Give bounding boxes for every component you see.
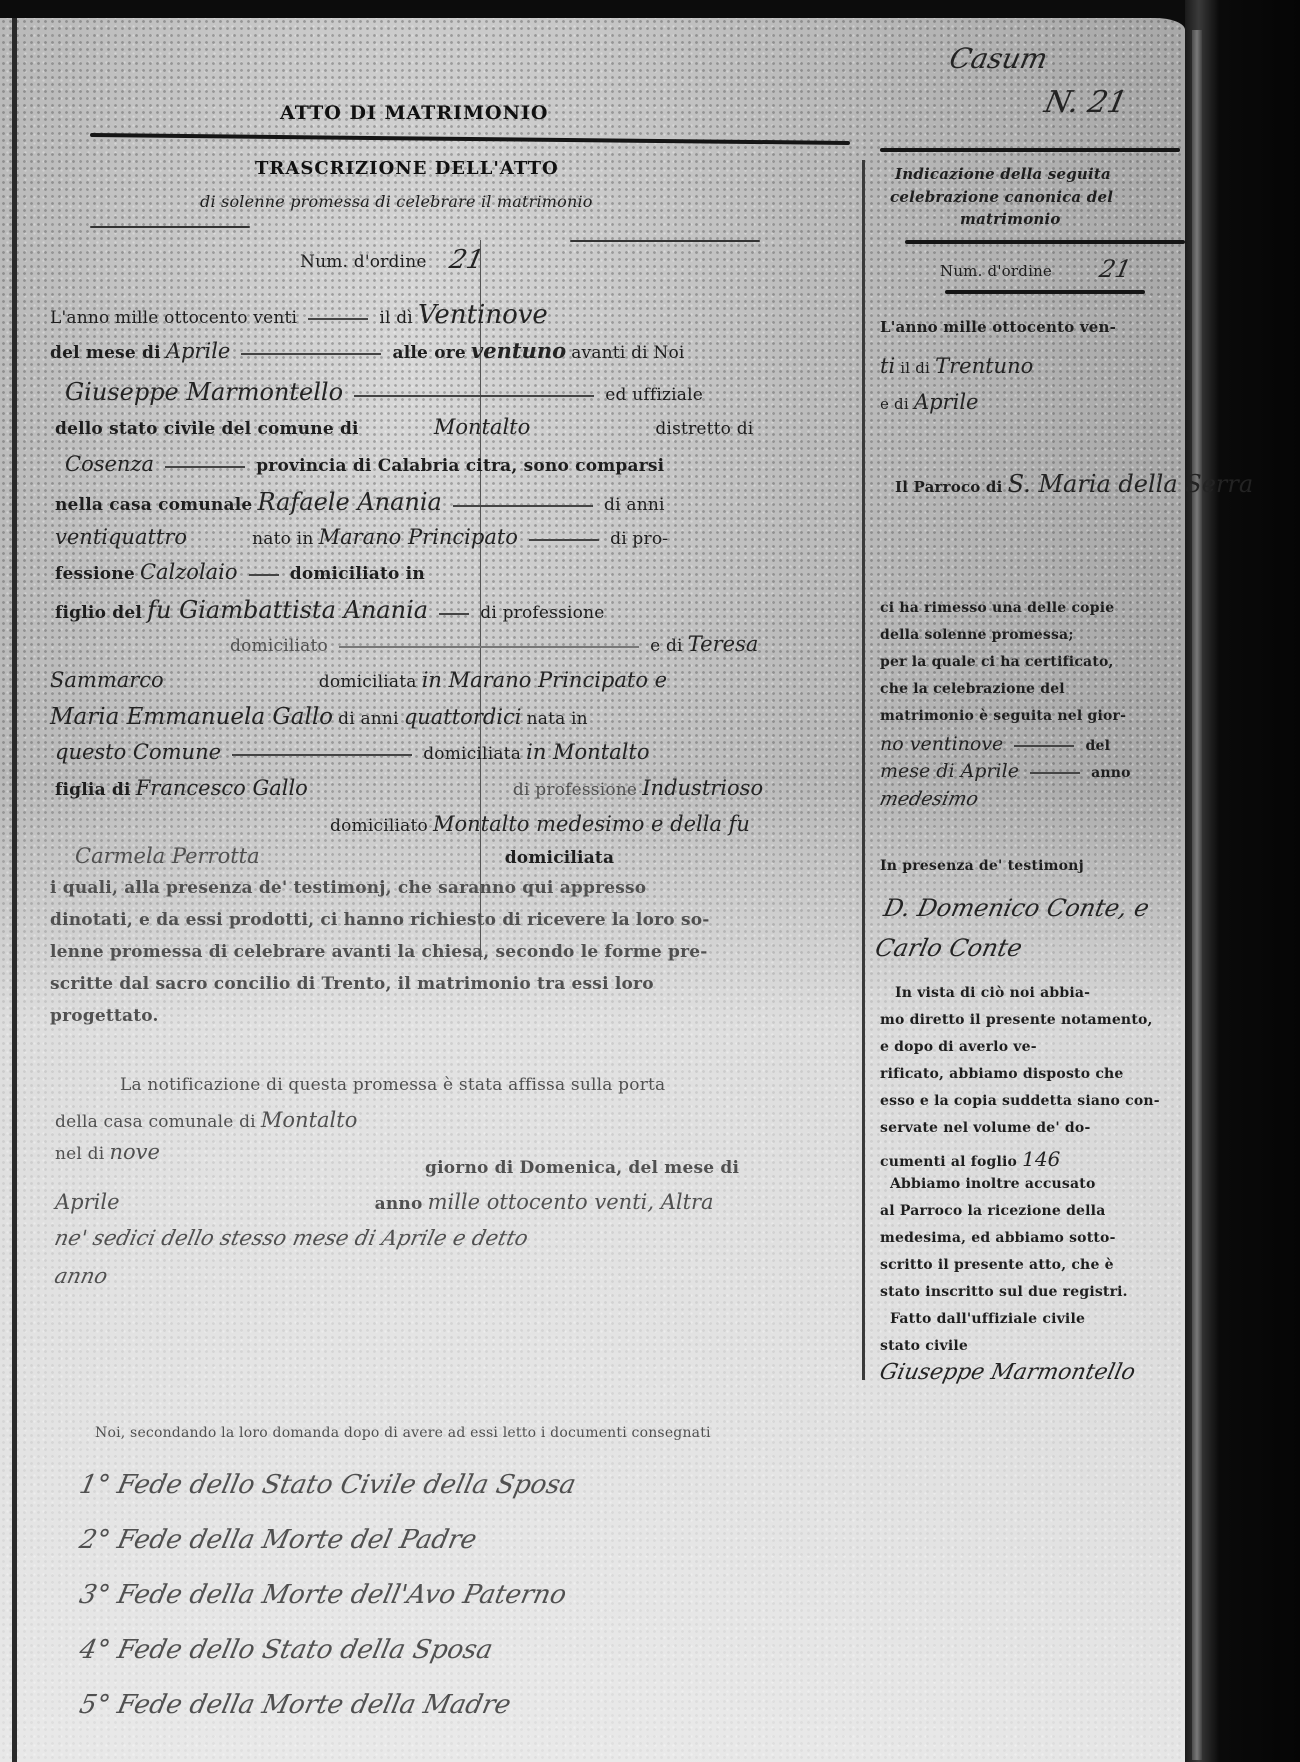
column-divider <box>862 160 865 1380</box>
side-date-year: medesimo <box>878 788 981 810</box>
notification-commune: Montalto <box>261 1108 357 1132</box>
bride-domicile: in Montalto <box>526 740 649 764</box>
side-paragraph-2-line-1: In vista di ciò noi abbia- <box>895 985 1090 1001</box>
left-margin-rule <box>12 18 17 1762</box>
document-item-2: 2° Fede della Morte del Padre <box>77 1525 480 1555</box>
line16-printed: domiciliata <box>505 848 614 868</box>
line3-printed: ed uffiziale <box>605 385 703 405</box>
line5-printed: provincia di Calabria citra, sono compar… <box>256 456 664 476</box>
bride-father: Francesco Gallo <box>136 776 308 800</box>
notification-line-2: della casa comunale di <box>55 1112 256 1132</box>
side-line-2-printed: il di <box>900 359 930 377</box>
notification-year: mille ottocento venti, Altra <box>428 1190 714 1214</box>
bride-father-profession: Industrioso <box>642 776 763 800</box>
side-paragraph-3-line-1: Abbiamo inoltre accusato <box>890 1176 1096 1192</box>
side-paragraph-1-line-5: matrimonio è seguita nel gior- <box>880 708 1126 724</box>
side-date-day: no ventinove <box>880 733 1003 755</box>
line1-printed: L'anno mille ottocento venti <box>50 308 297 328</box>
line2-printed-2: alle ore <box>393 343 466 363</box>
line10-printed: domiciliato <box>230 636 328 656</box>
document-item-3: 3° Fede della Morte dell'Avo Paterno <box>77 1580 569 1610</box>
side-paragraph-3-line-2: al Parroco la ricezione della <box>880 1203 1105 1219</box>
line15-printed: domiciliato <box>330 816 428 836</box>
body-paragraph-line-2: dinotati, e da essi prodotti, ci hanno r… <box>50 910 710 930</box>
line4-printed: dello stato civile del comune di <box>55 419 359 439</box>
groom-profession: Calzolaio <box>140 560 238 584</box>
side-paragraph-1-line-3: per la quale ci ha certificato, <box>880 654 1114 670</box>
side-date-printed: del <box>1085 738 1110 754</box>
line2-printed: del mese di <box>50 343 161 363</box>
corner-annotation-casum: Casum <box>946 42 1050 75</box>
line2-printed-3: avanti di Noi <box>571 343 684 363</box>
groom-birthplace: Marano Principato <box>319 525 518 549</box>
line9-printed: figlio del <box>55 603 142 623</box>
groom-mother-first: Teresa <box>688 632 759 656</box>
rule <box>570 240 760 242</box>
witness-names: D. Domenico Conte, e Carlo Conte <box>871 888 1178 968</box>
notification-day: nove <box>109 1140 159 1164</box>
side-order-number-value: 21 <box>1097 255 1133 283</box>
side-line-3-printed: e di <box>880 395 909 413</box>
notification-line-1: La notificazione di questa promessa è st… <box>120 1075 665 1095</box>
side-paragraph-3-line-7: stato civile <box>880 1338 968 1354</box>
side-header-line-1: Indicazione della seguita <box>895 165 1111 183</box>
notification-month: Aprile <box>55 1190 120 1214</box>
side-rule <box>905 240 1185 244</box>
side-date-month: mese di Aprile <box>880 760 1019 782</box>
side-date-printed-2: anno <box>1091 765 1131 781</box>
line6-printed-2: di anni <box>604 495 665 515</box>
line14-printed: figlia di <box>55 780 131 800</box>
side-line-3-month: Aprile <box>914 390 979 414</box>
record-title: ATTO DI MATRIMONIO <box>280 102 548 124</box>
record-subtitle: TRASCRIZIONE DELL'ATTO <box>255 158 559 179</box>
line8-printed: fessione <box>55 564 135 584</box>
bride-father-domicile: Montalto medesimo e della fu <box>433 812 750 836</box>
groom-mother-domicile: in Marano Principato e <box>422 668 667 692</box>
corner-annotation-number: N. 21 <box>1041 85 1130 120</box>
side-paragraph-2-line-3: e dopo di averlo ve- <box>880 1039 1037 1055</box>
side-paragraph-2-line-7: cumenti al foglio <box>880 1154 1017 1170</box>
groom-name: Rafaele Anania <box>257 488 441 516</box>
line10-printed-2: e di <box>650 636 683 656</box>
officer-name: Giuseppe Marmontello <box>65 378 343 406</box>
side-paragraph-1-line-2: della solenne promessa; <box>880 627 1074 643</box>
line12-printed-2: nata in <box>527 709 588 729</box>
body-paragraph-line-1: i quali, alla presenza de' testimonj, ch… <box>50 878 646 898</box>
line14-printed-2: di professione <box>513 780 637 800</box>
side-paragraph-3-line-3: medesima, ed abbiamo sotto- <box>880 1230 1116 1246</box>
line11-printed: domiciliata <box>319 672 417 692</box>
side-paragraph-2-line-6: servate nel volume de' do- <box>880 1120 1090 1136</box>
side-order-number-label: Num. d'ordine <box>940 262 1052 280</box>
body-paragraph-line-5: progettato. <box>50 1006 159 1026</box>
line1-day: Ventinove <box>418 300 548 330</box>
side-line-2-day: Trentuno <box>935 354 1033 378</box>
line6-printed: nella casa comunale <box>55 495 252 515</box>
commune-name: Montalto <box>434 415 530 439</box>
document-item-4: 4° Fede dello Stato della Sposa <box>77 1635 496 1665</box>
line7-printed: nato in <box>252 529 313 549</box>
order-number-label: Num. d'ordine <box>300 252 427 272</box>
line12-printed: di anni <box>338 709 399 729</box>
groom-age: ventiquattro <box>55 525 187 549</box>
groom-mother-surname: Sammarco <box>50 668 164 692</box>
side-header-line-2: celebrazione canonica del <box>890 188 1113 206</box>
notification-line-3: nel di <box>55 1144 104 1164</box>
record-subtitle-2: di solenne promessa di celebrare il matr… <box>200 192 593 211</box>
rule <box>90 226 250 228</box>
notification-line-3b: giorno di Domenica, del mese di <box>425 1158 739 1178</box>
side-line-1: L'anno mille ottocento ven- <box>880 318 1116 336</box>
bride-age: quattordici <box>404 705 522 729</box>
parroco-label: Il Parroco di <box>895 478 1003 496</box>
page-edge <box>1192 30 1202 1760</box>
line2-hour: ventuno <box>471 338 566 363</box>
notification-line-6: anno <box>52 1264 109 1288</box>
side-title-rule <box>880 148 1180 152</box>
groom-father: fu Giambattista Anania <box>147 596 428 624</box>
bride-name: Maria Emmanuela Gallo <box>50 704 333 730</box>
side-paragraph-3-line-6: Fatto dall'uffiziale civile <box>890 1311 1085 1327</box>
district-name: Cosenza <box>65 452 154 476</box>
line4-printed-2: distretto di <box>655 419 753 439</box>
bride-mother: Carmela Perrotta <box>75 844 260 868</box>
document-item-1: 1° Fede dello Stato Civile della Sposa <box>77 1470 579 1500</box>
notification-line-4: anno <box>375 1194 423 1214</box>
parish-name: S. Maria della Serra <box>1008 470 1254 498</box>
side-paragraph-3-line-5: stato inscritto sul due registri. <box>880 1284 1128 1300</box>
documents-intro: Noi, secondando la loro domanda dopo di … <box>95 1425 711 1441</box>
officer-signature: Giuseppe Marmontello <box>877 1360 1137 1385</box>
book-spine <box>1185 0 1300 1762</box>
side-paragraph-2-line-4: rificato, abbiamo disposto che <box>880 1066 1124 1082</box>
line2-month: Aprile <box>166 339 231 363</box>
witness-label: In presenza de' testimonj <box>880 858 1084 874</box>
line8-printed-2: domiciliato in <box>290 564 425 584</box>
side-paragraph-1-line-1: ci ha rimesso una delle copie <box>880 600 1114 616</box>
side-paragraph-3-line-4: scritto il presente atto, che è <box>880 1257 1114 1273</box>
line7-printed-2: di pro- <box>610 529 668 549</box>
document-item-5: 5° Fede della Morte della Madre <box>77 1690 514 1720</box>
side-paragraph-2-line-2: mo diretto il presente notamento, <box>880 1012 1153 1028</box>
body-paragraph-line-3: lenne promessa di celebrare avanti la ch… <box>50 942 708 962</box>
side-paragraph-1-line-4: che la celebrazione del <box>880 681 1065 697</box>
side-paragraph-2-line-5: esso e la copia suddetta siano con- <box>880 1093 1160 1109</box>
line13-printed: domiciliata <box>423 744 521 764</box>
side-rule <box>945 290 1145 294</box>
folio-number: 146 <box>1022 1147 1060 1171</box>
side-header-line-3: matrimonio <box>960 210 1061 228</box>
bride-birthplace: questo Comune <box>55 740 221 764</box>
side-line-2-year: ti <box>880 354 895 378</box>
line1-printed-2: il dì <box>379 308 413 328</box>
body-paragraph-line-4: scritte dal sacro concilio di Trento, il… <box>50 974 654 994</box>
line9-printed-2: di professione <box>480 603 604 623</box>
notification-line-5: ne' sedici dello stesso mese di Aprile e… <box>52 1226 530 1250</box>
order-number-value: 21 <box>447 245 486 275</box>
